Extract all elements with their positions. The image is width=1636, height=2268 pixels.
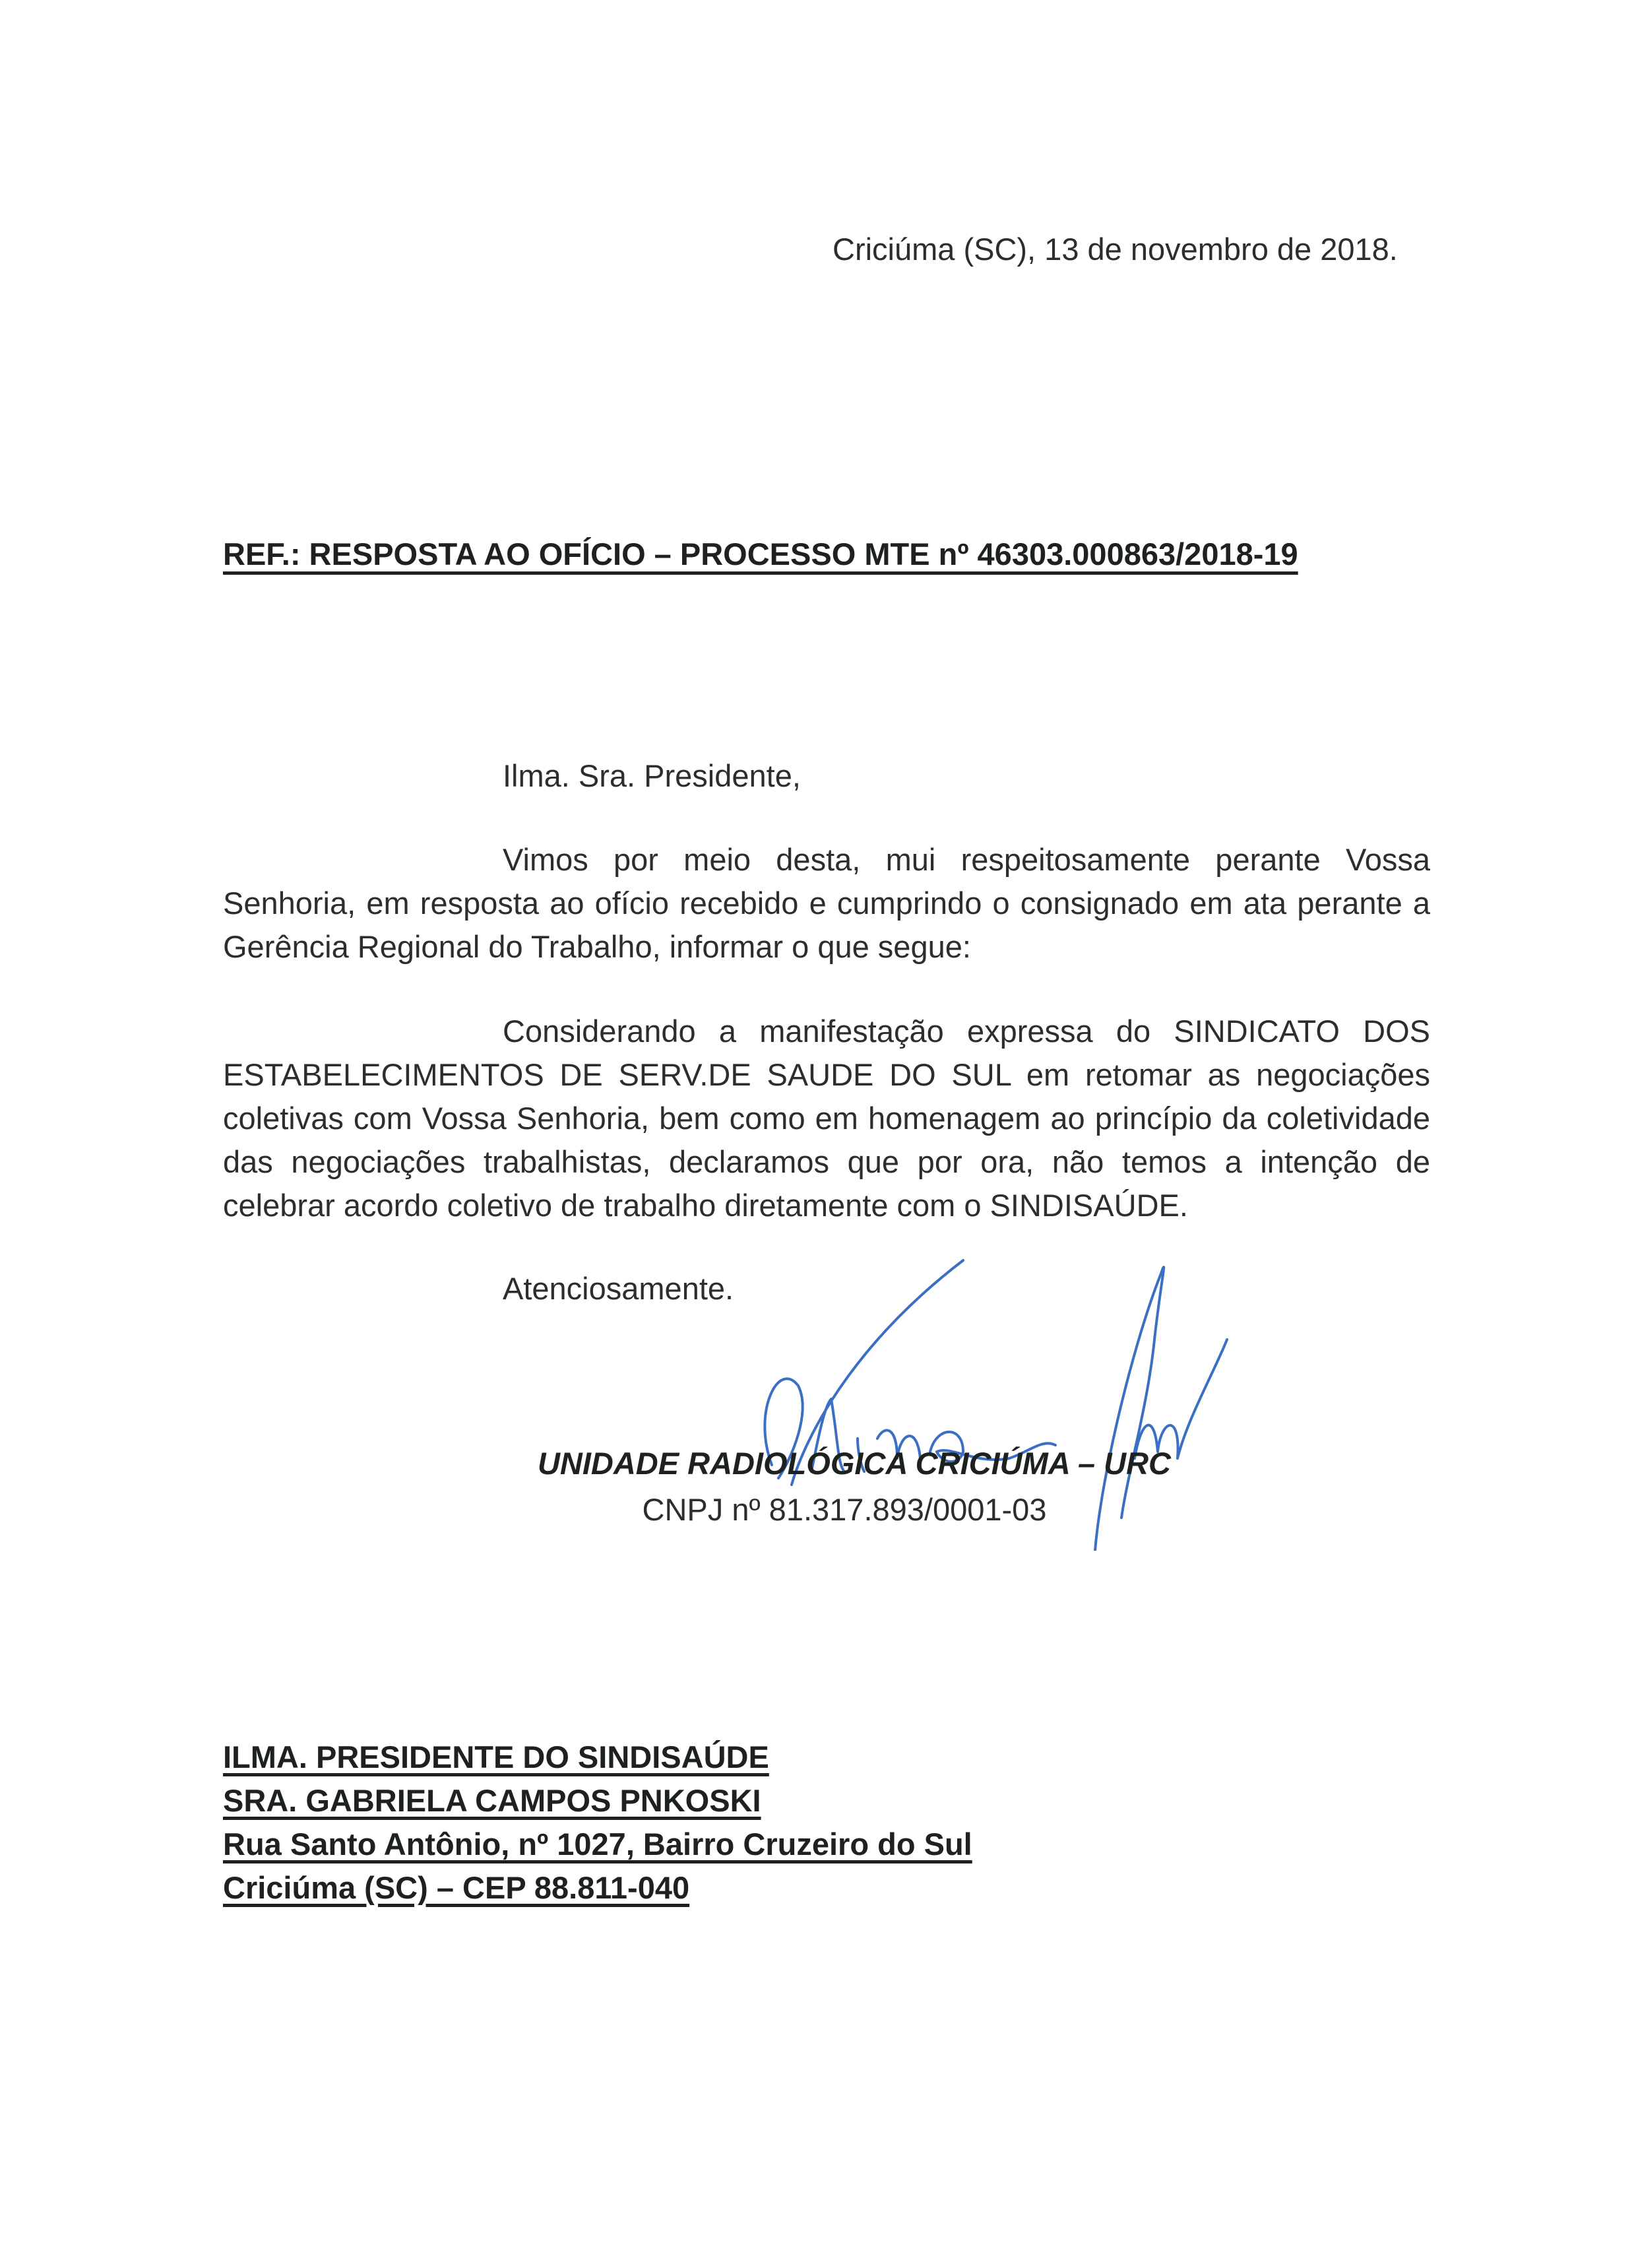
recipient-line-street: Rua Santo Antônio, nº 1027, Bairro Cruze… bbox=[223, 1823, 972, 1866]
reference-heading: REF.: RESPOSTA AO OFÍCIO – PROCESSO MTE … bbox=[223, 536, 1298, 572]
recipient-line-name: SRA. GABRIELA CAMPOS PNKOSKI bbox=[223, 1779, 972, 1823]
salutation: Ilma. Sra. Presidente, bbox=[503, 758, 801, 794]
body-paragraph-1: Vimos por meio desta, mui respeitosament… bbox=[223, 838, 1430, 969]
paragraph-text: Vimos por meio desta, mui respeitosament… bbox=[223, 842, 1430, 964]
body-paragraph-2: Considerando a manifestação expressa do … bbox=[223, 1010, 1430, 1227]
recipient-line-city: Criciúma (SC) – CEP 88.811-040 bbox=[223, 1866, 972, 1910]
recipient-block: ILMA. PRESIDENTE DO SINDISAÚDE SRA. GABR… bbox=[223, 1735, 972, 1910]
sender-cnpj: CNPJ nº 81.317.893/0001-03 bbox=[0, 1491, 1636, 1528]
recipient-line-title: ILMA. PRESIDENTE DO SINDISAÚDE bbox=[223, 1735, 972, 1779]
sender-name: UNIDADE RADIOLÓGICA CRICIÚMA – URC bbox=[0, 1445, 1636, 1481]
paragraph-text: Considerando a manifestação expressa do … bbox=[223, 1014, 1430, 1223]
date-line: Criciúma (SC), 13 de novembro de 2018. bbox=[833, 231, 1398, 267]
